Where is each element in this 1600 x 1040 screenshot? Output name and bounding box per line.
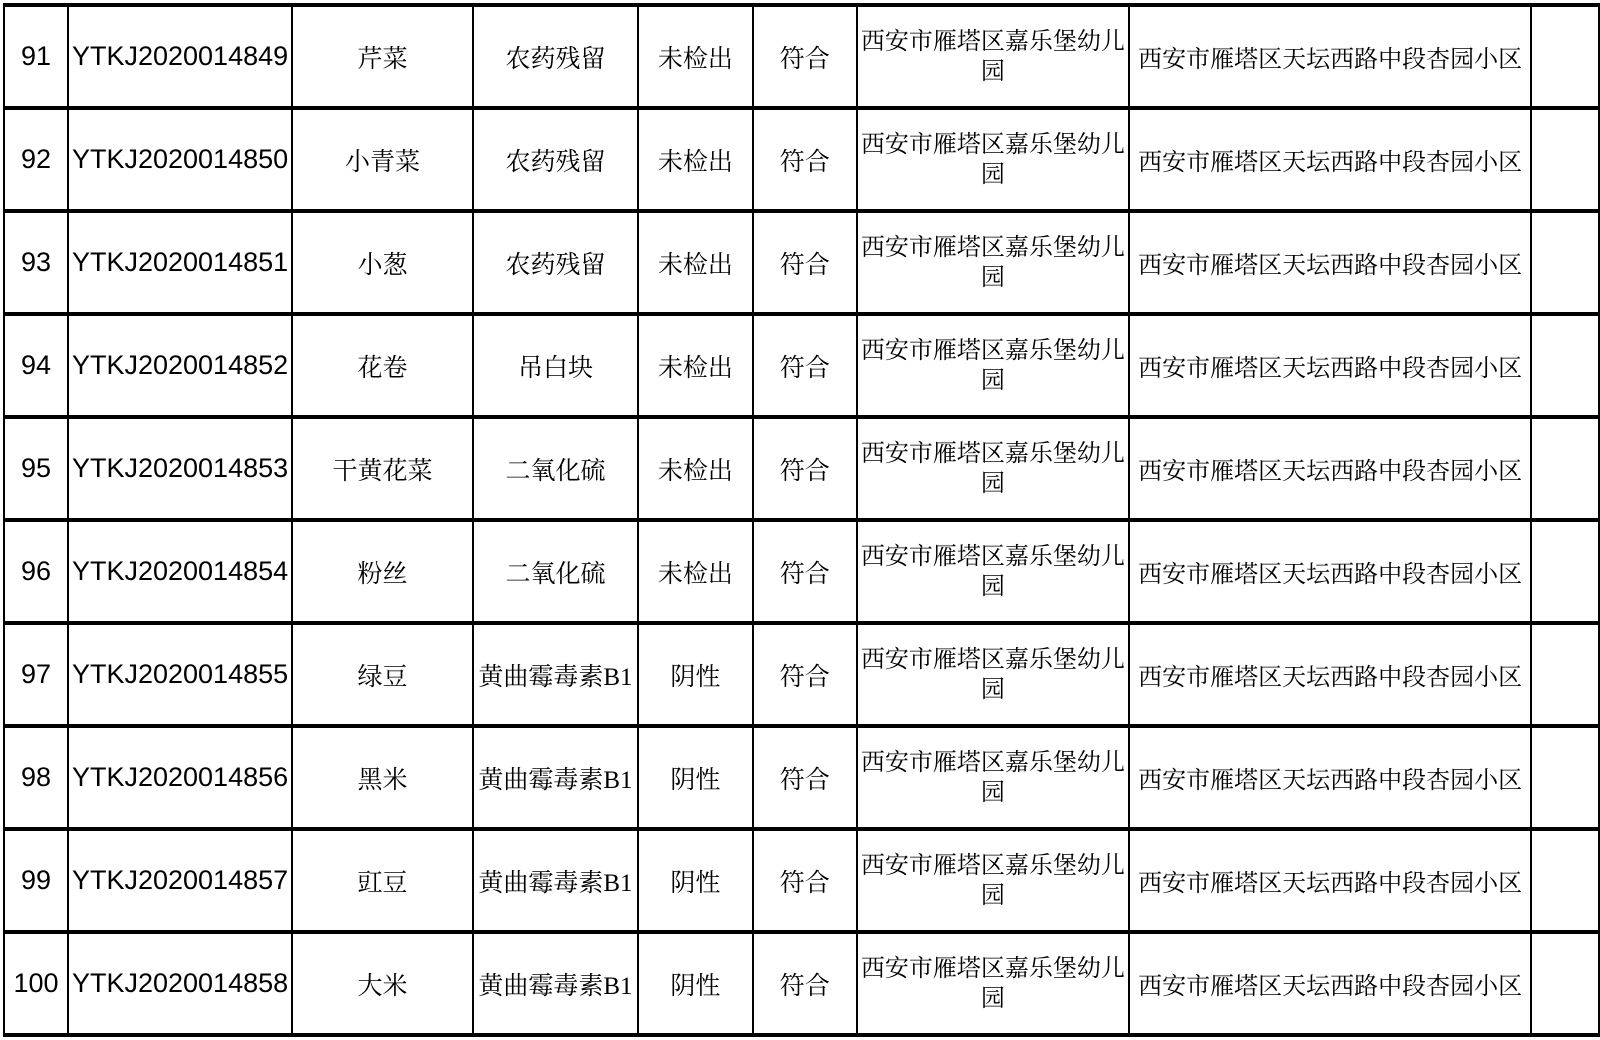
table-row: 91 YTKJ2020014849 芹菜 农药残留 未检出 符合 西安市雁塔区嘉…: [4, 5, 1599, 108]
table-row: 98 YTKJ2020014856 黑米 黄曲霉毒素B1 阴性 符合 西安市雁塔…: [4, 726, 1599, 829]
cell-test-result: 未检出: [638, 108, 753, 211]
table-body: 91 YTKJ2020014849 芹菜 农药残留 未检出 符合 西安市雁塔区嘉…: [4, 5, 1599, 1035]
cell-sequence-number: 99: [4, 829, 68, 932]
cell-remark: [1531, 314, 1599, 417]
cell-sampled-unit: 西安市雁塔区嘉乐堡幼儿园: [857, 5, 1129, 108]
cell-test-result: 未检出: [638, 5, 753, 108]
cell-conclusion: 符合: [753, 5, 857, 108]
cell-sampled-unit: 西安市雁塔区嘉乐堡幼儿园: [857, 829, 1129, 932]
cell-sampled-unit-address: 西安市雁塔区天坛西路中段杏园小区: [1129, 108, 1531, 211]
cell-sample-number: YTKJ2020014849: [68, 5, 292, 108]
cell-sample-number: YTKJ2020014853: [68, 417, 292, 520]
cell-test-result: 未检出: [638, 417, 753, 520]
cell-remark: [1531, 520, 1599, 623]
cell-test-item: 黄曲霉毒素B1: [473, 623, 638, 726]
cell-test-result: 阴性: [638, 623, 753, 726]
table-row: 96 YTKJ2020014854 粉丝 二氧化硫 未检出 符合 西安市雁塔区嘉…: [4, 520, 1599, 623]
cell-sequence-number: 93: [4, 211, 68, 314]
cell-test-item: 二氧化硫: [473, 520, 638, 623]
cell-sequence-number: 100: [4, 932, 68, 1035]
cell-sample-number: YTKJ2020014851: [68, 211, 292, 314]
cell-sample-number: YTKJ2020014857: [68, 829, 292, 932]
cell-sampled-unit: 西安市雁塔区嘉乐堡幼儿园: [857, 211, 1129, 314]
cell-test-item: 黄曲霉毒素B1: [473, 726, 638, 829]
cell-sequence-number: 96: [4, 520, 68, 623]
cell-sampled-unit-address: 西安市雁塔区天坛西路中段杏园小区: [1129, 520, 1531, 623]
cell-sample-name: 绿豆: [292, 623, 473, 726]
cell-remark: [1531, 108, 1599, 211]
cell-remark: [1531, 932, 1599, 1035]
cell-test-item: 二氧化硫: [473, 417, 638, 520]
cell-remark: [1531, 5, 1599, 108]
cell-sampled-unit: 西安市雁塔区嘉乐堡幼儿园: [857, 726, 1129, 829]
cell-sampled-unit-address: 西安市雁塔区天坛西路中段杏园小区: [1129, 623, 1531, 726]
cell-sampled-unit-address: 西安市雁塔区天坛西路中段杏园小区: [1129, 932, 1531, 1035]
table-row: 100 YTKJ2020014858 大米 黄曲霉毒素B1 阴性 符合 西安市雁…: [4, 932, 1599, 1035]
cell-conclusion: 符合: [753, 211, 857, 314]
table-row: 94 YTKJ2020014852 花卷 吊白块 未检出 符合 西安市雁塔区嘉乐…: [4, 314, 1599, 417]
cell-sequence-number: 97: [4, 623, 68, 726]
cell-sample-number: YTKJ2020014852: [68, 314, 292, 417]
cell-sampled-unit: 西安市雁塔区嘉乐堡幼儿园: [857, 314, 1129, 417]
cell-test-item: 吊白块: [473, 314, 638, 417]
cell-remark: [1531, 829, 1599, 932]
cell-sampled-unit: 西安市雁塔区嘉乐堡幼儿园: [857, 623, 1129, 726]
cell-sequence-number: 92: [4, 108, 68, 211]
table-row: 99 YTKJ2020014857 豇豆 黄曲霉毒素B1 阴性 符合 西安市雁塔…: [4, 829, 1599, 932]
cell-test-item: 农药残留: [473, 5, 638, 108]
cell-remark: [1531, 417, 1599, 520]
table-row: 95 YTKJ2020014853 干黄花菜 二氧化硫 未检出 符合 西安市雁塔…: [4, 417, 1599, 520]
cell-sampled-unit-address: 西安市雁塔区天坛西路中段杏园小区: [1129, 417, 1531, 520]
cell-remark: [1531, 726, 1599, 829]
cell-sample-name: 黑米: [292, 726, 473, 829]
cell-test-result: 阴性: [638, 726, 753, 829]
cell-conclusion: 符合: [753, 623, 857, 726]
table-row: 97 YTKJ2020014855 绿豆 黄曲霉毒素B1 阴性 符合 西安市雁塔…: [4, 623, 1599, 726]
cell-remark: [1531, 623, 1599, 726]
cell-test-result: 未检出: [638, 520, 753, 623]
cell-test-result: 未检出: [638, 211, 753, 314]
cell-sequence-number: 95: [4, 417, 68, 520]
cell-sample-name: 花卷: [292, 314, 473, 417]
cell-sample-number: YTKJ2020014850: [68, 108, 292, 211]
cell-test-item: 黄曲霉毒素B1: [473, 932, 638, 1035]
cell-sample-name: 芹菜: [292, 5, 473, 108]
table-row: 92 YTKJ2020014850 小青菜 农药残留 未检出 符合 西安市雁塔区…: [4, 108, 1599, 211]
cell-sampled-unit-address: 西安市雁塔区天坛西路中段杏园小区: [1129, 314, 1531, 417]
cell-conclusion: 符合: [753, 417, 857, 520]
cell-sampled-unit: 西安市雁塔区嘉乐堡幼儿园: [857, 520, 1129, 623]
cell-sample-number: YTKJ2020014855: [68, 623, 292, 726]
cell-sample-name: 大米: [292, 932, 473, 1035]
cell-sampled-unit-address: 西安市雁塔区天坛西路中段杏园小区: [1129, 726, 1531, 829]
cell-test-item: 农药残留: [473, 211, 638, 314]
cell-conclusion: 符合: [753, 108, 857, 211]
cell-sampled-unit: 西安市雁塔区嘉乐堡幼儿园: [857, 932, 1129, 1035]
cell-test-result: 阴性: [638, 829, 753, 932]
cell-sample-name: 小葱: [292, 211, 473, 314]
cell-remark: [1531, 211, 1599, 314]
cell-conclusion: 符合: [753, 829, 857, 932]
cell-sample-name: 干黄花菜: [292, 417, 473, 520]
cell-conclusion: 符合: [753, 932, 857, 1035]
cell-sampled-unit: 西安市雁塔区嘉乐堡幼儿园: [857, 108, 1129, 211]
cell-conclusion: 符合: [753, 520, 857, 623]
cell-conclusion: 符合: [753, 726, 857, 829]
cell-sampled-unit-address: 西安市雁塔区天坛西路中段杏园小区: [1129, 5, 1531, 108]
inspection-results-table: 91 YTKJ2020014849 芹菜 农药残留 未检出 符合 西安市雁塔区嘉…: [3, 3, 1600, 1037]
cell-sample-name: 豇豆: [292, 829, 473, 932]
cell-sample-number: YTKJ2020014858: [68, 932, 292, 1035]
cell-sample-number: YTKJ2020014854: [68, 520, 292, 623]
table-row: 93 YTKJ2020014851 小葱 农药残留 未检出 符合 西安市雁塔区嘉…: [4, 211, 1599, 314]
cell-sample-number: YTKJ2020014856: [68, 726, 292, 829]
cell-test-item: 黄曲霉毒素B1: [473, 829, 638, 932]
cell-sequence-number: 91: [4, 5, 68, 108]
cell-test-result: 未检出: [638, 314, 753, 417]
cell-test-item: 农药残留: [473, 108, 638, 211]
cell-test-result: 阴性: [638, 932, 753, 1035]
cell-sampled-unit: 西安市雁塔区嘉乐堡幼儿园: [857, 417, 1129, 520]
cell-sample-name: 粉丝: [292, 520, 473, 623]
cell-sampled-unit-address: 西安市雁塔区天坛西路中段杏园小区: [1129, 829, 1531, 932]
cell-sequence-number: 94: [4, 314, 68, 417]
cell-sequence-number: 98: [4, 726, 68, 829]
cell-sampled-unit-address: 西安市雁塔区天坛西路中段杏园小区: [1129, 211, 1531, 314]
cell-conclusion: 符合: [753, 314, 857, 417]
cell-sample-name: 小青菜: [292, 108, 473, 211]
